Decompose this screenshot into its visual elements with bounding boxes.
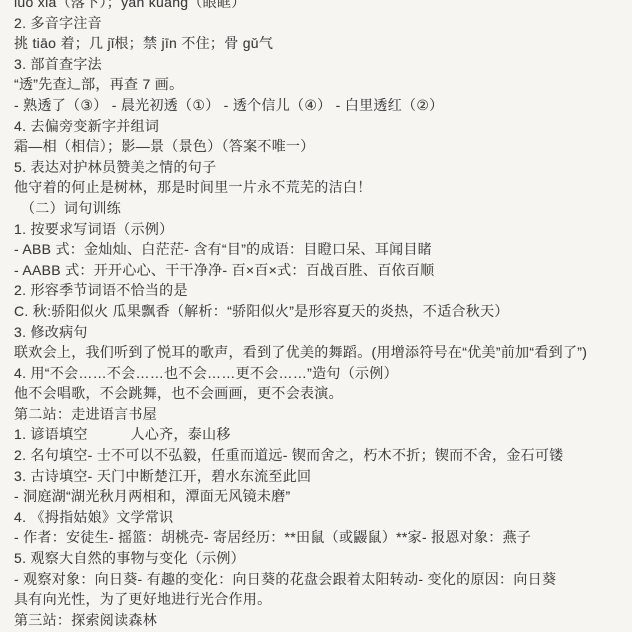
text-line: - 洞庭湖“湖光秋月两相和，潭面无风镜未磨” [14, 486, 626, 507]
document-page: luò xià（落下）；yǎn kuàng（眼眶）2. 多音字注音挑 tiāo … [0, 0, 632, 632]
text-line: 他守着的何止是树林，那是时间里一片永不荒芜的洁白！ [14, 177, 626, 198]
text-line: 2. 形容季节词语不恰当的是 [14, 280, 626, 301]
text-line: - 作者：安徒生- 摇篮：胡桃壳- 寄居经历：**田鼠（或鼹鼠）**家- 报恩对… [14, 527, 626, 548]
text-line: 具有向光性，为了更好地进行光合作用。 [14, 589, 626, 610]
text-line: 挑 tiāo 着；几 jǐ根；禁 jīn 不住；骨 gǔ气 [14, 33, 626, 54]
text-content: luò xià（落下）；yǎn kuàng（眼眶）2. 多音字注音挑 tiāo … [0, 0, 632, 630]
text-line: - 观察对象：向日葵- 有趣的变化：向日葵的花盘会跟着太阳转动- 变化的原因：向… [14, 569, 626, 590]
text-line: 霜—相（相信）；影—景（景色）（答案不唯一） [14, 136, 626, 157]
text-line: 他不会唱歌，不会跳舞，也不会画画，更不会表演。 [14, 383, 626, 404]
text-line: 3. 部首查字法 [14, 54, 626, 75]
text-line: 第二站：走进语言书屋 [14, 404, 626, 425]
text-line: 5. 表达对护林员赞美之情的句子 [14, 157, 626, 178]
text-line: 1. 按要求写词语（示例） [14, 219, 626, 240]
text-line: 3. 古诗填空- 天门中断楚江开，碧水东流至此回 [14, 466, 626, 487]
text-line: 5. 观察大自然的事物与变化（示例） [14, 548, 626, 569]
text-line: 4. 《拇指姑娘》文学常识 [14, 507, 626, 528]
text-line: 2. 多音字注音 [14, 13, 626, 34]
text-line: - AABB 式：开开心心、干干净净- 百×百×式：百战百胜、百依百顺 [14, 260, 626, 281]
text-line: 2. 名句填空- 士不可以不弘毅，任重而道远- 锲而舍之，朽木不折；锲而不舍，金… [14, 445, 626, 466]
text-line: 第三站：探索阅读森林 [14, 610, 626, 631]
text-line: 4. 用“不会……不会……也不会……更不会……”造句（示例） [14, 363, 626, 384]
text-line: 联欢会上，我们听到了悦耳的歌声，看到了优美的舞蹈。(用增添符号在“优美”前加“看… [14, 342, 626, 363]
text-line: 3. 修改病句 [14, 322, 626, 343]
text-line: - 熟透了（③） - 晨光初透（①） - 透个信儿（④） - 白里透红（②） [14, 95, 626, 116]
text-line: - ABB 式：金灿灿、白茫茫- 含有“目”的成语：目瞪口呆、耳闻目睹 [14, 239, 626, 260]
text-line: 4. 去偏旁变新字并组词 [14, 116, 626, 137]
text-line: C. 秋:骄阳似火 瓜果飘香（解析：“骄阳似火”是形容夏天的炎热，不适合秋天） [14, 301, 626, 322]
text-line: luò xià（落下）；yǎn kuàng（眼眶） [14, 0, 626, 13]
text-line: 1. 谚语填空 人心齐，泰山移 [14, 424, 626, 445]
text-line: “透”先查辶部，再查 7 画。 [14, 74, 626, 95]
text-line: （二）词句训练 [14, 198, 626, 219]
